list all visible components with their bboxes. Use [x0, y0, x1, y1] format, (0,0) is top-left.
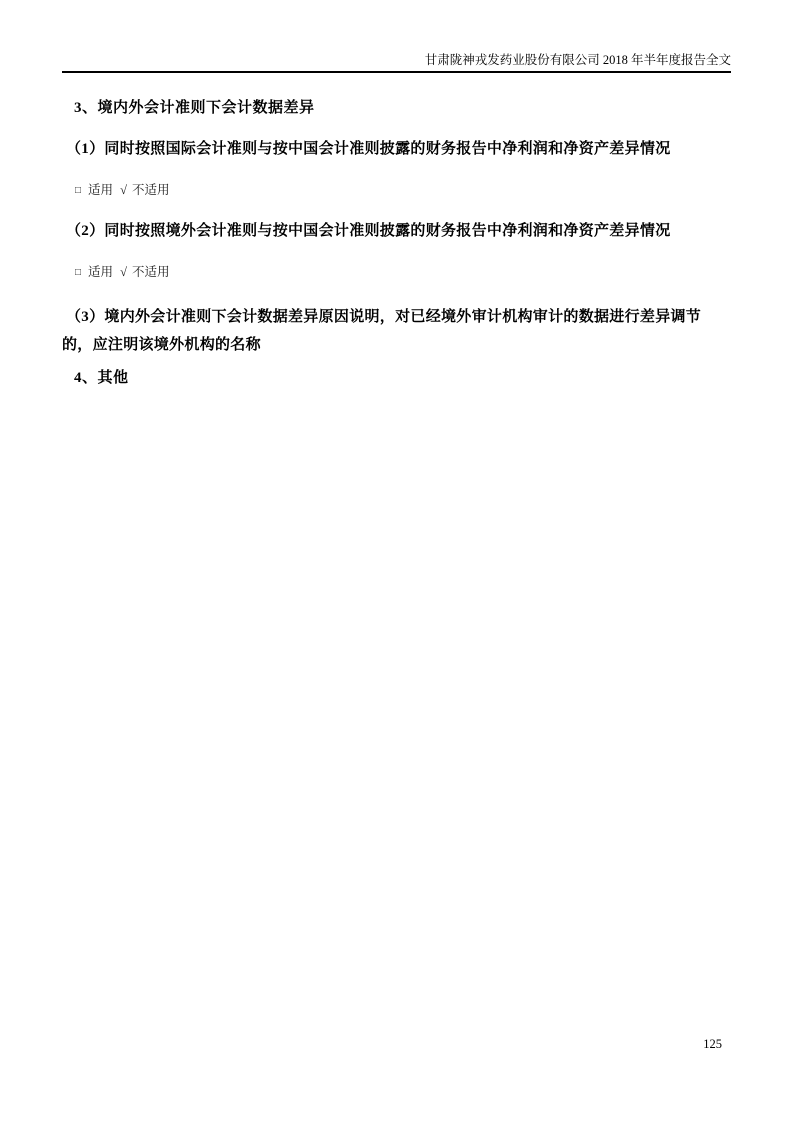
- applicable-label: 适用: [88, 265, 113, 279]
- applicability-line-1: □适用√不适用: [62, 183, 731, 198]
- page-number: 125: [703, 1037, 722, 1051]
- report-header-title: 甘肃陇神戎发药业股份有限公司 2018 年半年度报告全文: [62, 52, 731, 68]
- applicability-line-2: □适用√不适用: [62, 265, 731, 280]
- section-3-heading: 3、境内外会计准则下会计数据差异: [62, 100, 731, 117]
- not-applicable-label: 不适用: [132, 265, 170, 279]
- document-page: 甘肃陇神戎发药业股份有限公司 2018 年半年度报告全文 3、境内外会计准则下会…: [0, 0, 793, 1122]
- item-1-heading: （1）同时按照国际会计准则与按中国会计准则披露的财务报告中净利润和净资产差异情况: [62, 141, 731, 158]
- section-4-heading: 4、其他: [62, 370, 731, 387]
- applicable-label: 适用: [88, 183, 113, 197]
- item-3-heading: （3）境内外会计准则下会计数据差异原因说明，对已经境外审计机构审计的数据进行差异…: [62, 303, 731, 359]
- item-2-heading: （2）同时按照境外会计准则与按中国会计准则披露的财务报告中净利润和净资产差异情况: [62, 223, 731, 240]
- check-icon: √: [120, 265, 127, 279]
- checkbox-unchecked-icon: □: [75, 185, 81, 196]
- check-icon: √: [120, 183, 127, 197]
- not-applicable-label: 不适用: [132, 183, 170, 197]
- checkbox-unchecked-icon: □: [75, 267, 81, 278]
- page-content: 3、境内外会计准则下会计数据差异 （1）同时按照国际会计准则与按中国会计准则披露…: [62, 73, 731, 387]
